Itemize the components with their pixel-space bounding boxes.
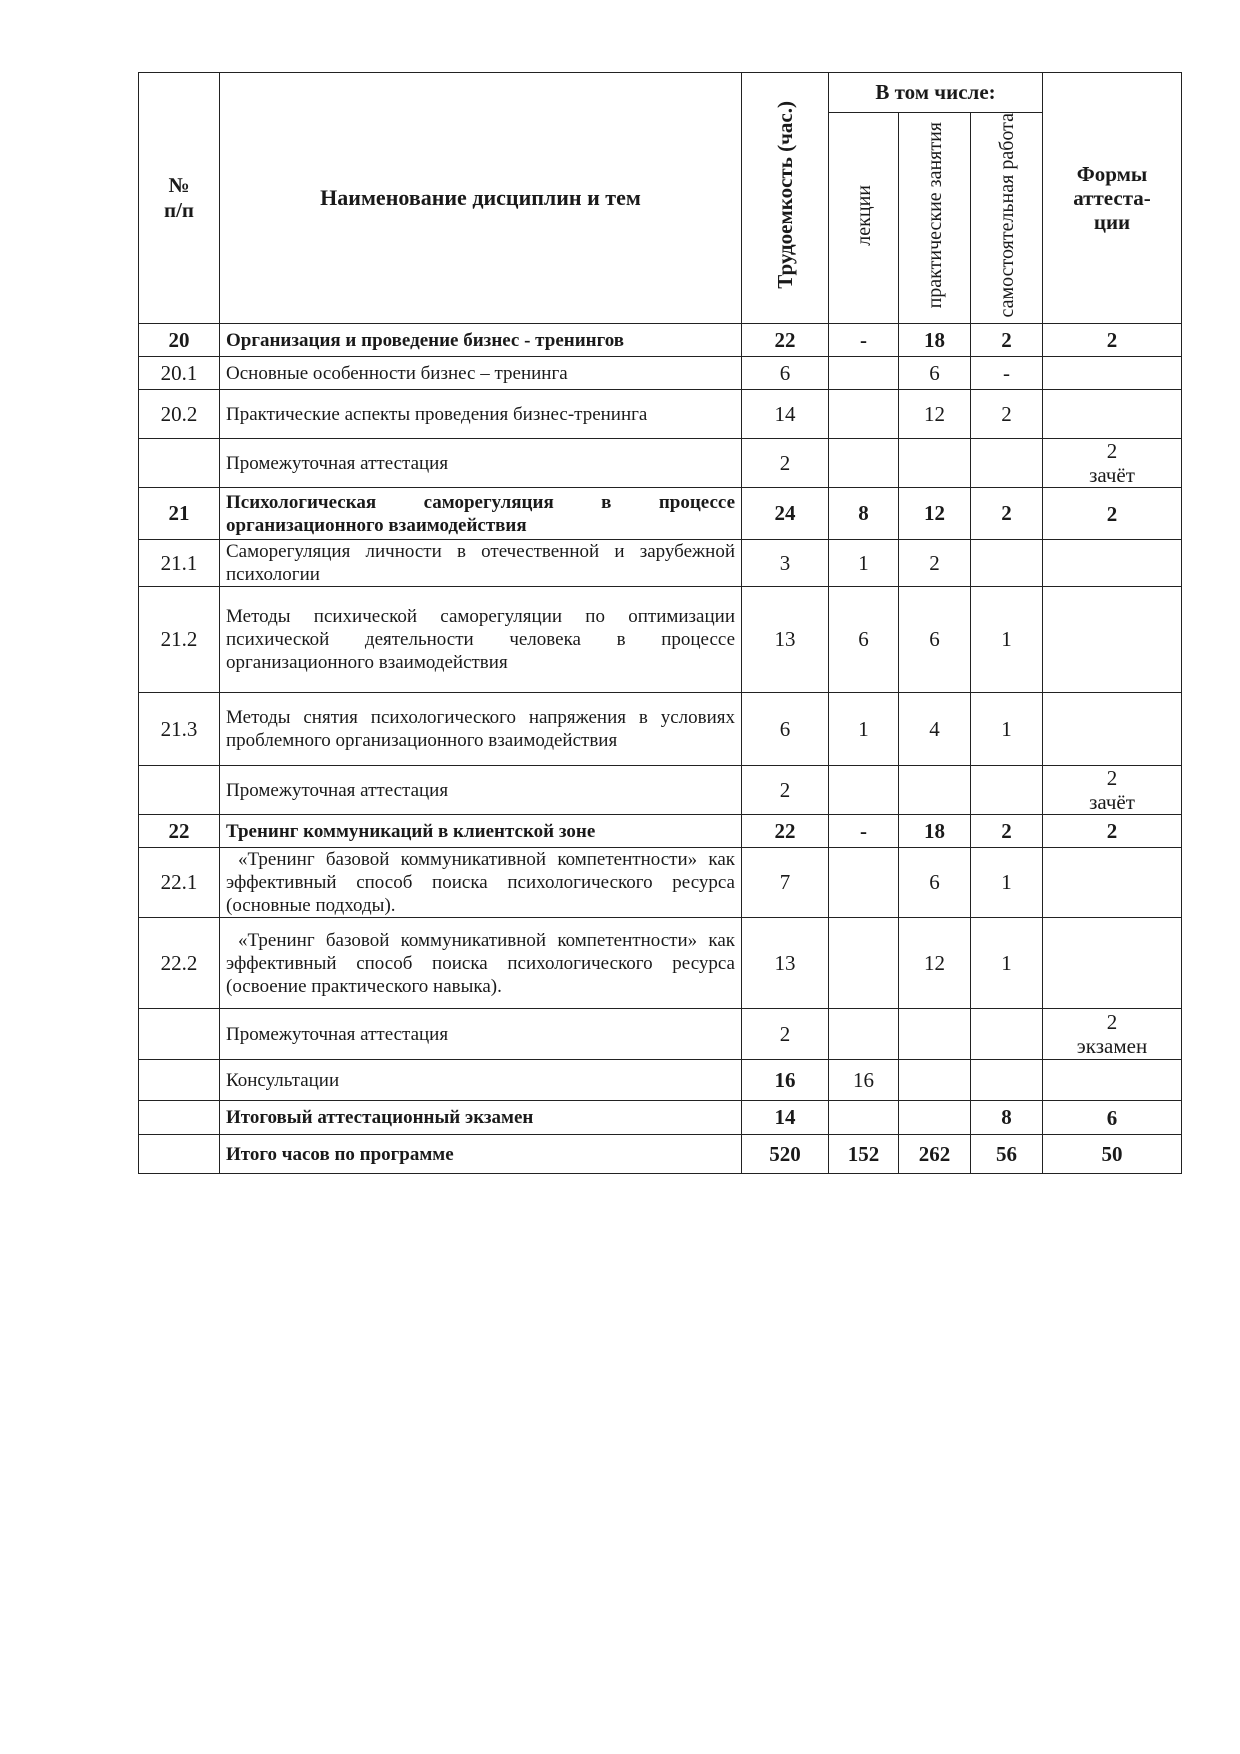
practical-cell [899, 766, 971, 815]
selfwork-cell: 56 [971, 1135, 1043, 1174]
selfwork-cell: 2 [971, 324, 1043, 357]
header-including: В том числе: [829, 73, 1043, 113]
lectures-cell [829, 390, 899, 439]
row-title: Методы снятия психологического напряжени… [220, 693, 742, 766]
practical-cell: 12 [899, 390, 971, 439]
hours-cell: 24 [742, 488, 829, 540]
table-row: Консультации1616 [139, 1060, 1182, 1101]
table-row: 20Организация и проведение бизнес - трен… [139, 324, 1182, 357]
row-title: Организация и проведение бизнес - тренин… [220, 324, 742, 357]
practical-cell: 18 [899, 815, 971, 848]
hours-cell: 3 [742, 540, 829, 587]
row-number [139, 1101, 220, 1135]
table-row: 21.3Методы снятия психологического напря… [139, 693, 1182, 766]
row-number: 21.2 [139, 587, 220, 693]
practical-cell [899, 1060, 971, 1101]
header-forms: Формыаттеста-ции [1043, 73, 1182, 324]
row-title: Практические аспекты проведения бизнес-т… [220, 390, 742, 439]
hours-cell: 2 [742, 766, 829, 815]
selfwork-cell: 1 [971, 693, 1043, 766]
header-hours: Трудоемкость (час.) [742, 73, 829, 324]
selfwork-cell: - [971, 357, 1043, 390]
lectures-cell [829, 848, 899, 918]
lectures-cell [829, 357, 899, 390]
table-row: 22.2«Тренинг базовой коммуникативной ком… [139, 918, 1182, 1009]
row-title: «Тренинг базовой коммуникативной компете… [220, 918, 742, 1009]
practical-cell [899, 1009, 971, 1060]
table-row: Промежуточная аттестация22зачёт [139, 439, 1182, 488]
selfwork-cell: 8 [971, 1101, 1043, 1135]
selfwork-cell [971, 1060, 1043, 1101]
lectures-cell [829, 439, 899, 488]
practical-cell: 18 [899, 324, 971, 357]
row-number: 22.2 [139, 918, 220, 1009]
header-num: №п/п [139, 73, 220, 324]
header-practical: практические занятия [899, 113, 971, 324]
hours-cell: 22 [742, 324, 829, 357]
row-number [139, 1060, 220, 1101]
lectures-cell: - [829, 815, 899, 848]
practical-cell [899, 1101, 971, 1135]
attestation-form-cell: 2экзамен [1043, 1009, 1182, 1060]
row-title: Психологическая саморегуляция в процессе… [220, 488, 742, 540]
row-number: 20.1 [139, 357, 220, 390]
table-row: 21.2Методы психической саморегуляции по … [139, 587, 1182, 693]
row-title: Промежуточная аттестация [220, 439, 742, 488]
hours-cell: 2 [742, 439, 829, 488]
attestation-form-cell: 2зачёт [1043, 766, 1182, 815]
selfwork-cell: 2 [971, 488, 1043, 540]
row-title: Итого часов по программе [220, 1135, 742, 1174]
selfwork-cell: 1 [971, 587, 1043, 693]
attestation-form-cell [1043, 540, 1182, 587]
selfwork-cell [971, 1009, 1043, 1060]
attestation-form-cell [1043, 918, 1182, 1009]
lectures-cell [829, 1101, 899, 1135]
practical-cell: 2 [899, 540, 971, 587]
selfwork-cell: 2 [971, 815, 1043, 848]
practical-cell: 4 [899, 693, 971, 766]
practical-cell: 6 [899, 848, 971, 918]
selfwork-cell [971, 439, 1043, 488]
row-title: Консультации [220, 1060, 742, 1101]
selfwork-cell: 1 [971, 848, 1043, 918]
header-selfwork: самостоятельная работа [971, 113, 1043, 324]
attestation-form-cell [1043, 848, 1182, 918]
row-title: Саморегуляция личности в отечественной и… [220, 540, 742, 587]
row-title: Итоговый аттестационный экзамен [220, 1101, 742, 1135]
table-row: Итоговый аттестационный экзамен1486 [139, 1101, 1182, 1135]
attestation-form-cell [1043, 587, 1182, 693]
table-row: 21Психологическая саморегуляция в процес… [139, 488, 1182, 540]
attestation-form-cell: 2 [1043, 488, 1182, 540]
lectures-cell: 6 [829, 587, 899, 693]
lectures-cell [829, 766, 899, 815]
row-title: «Тренинг базовой коммуникативной компете… [220, 848, 742, 918]
lectures-cell: 1 [829, 540, 899, 587]
attestation-form-cell [1043, 693, 1182, 766]
row-number [139, 1135, 220, 1174]
practical-cell: 6 [899, 587, 971, 693]
attestation-form-cell [1043, 1060, 1182, 1101]
header-name: Наименование дисциплин и тем [220, 73, 742, 324]
hours-cell: 6 [742, 357, 829, 390]
row-number [139, 439, 220, 488]
practical-cell: 12 [899, 488, 971, 540]
table-row: Промежуточная аттестация22зачёт [139, 766, 1182, 815]
lectures-cell [829, 1009, 899, 1060]
hours-cell: 14 [742, 1101, 829, 1135]
curriculum-table: №п/п Наименование дисциплин и тем Трудое… [138, 72, 1182, 1174]
selfwork-cell [971, 540, 1043, 587]
row-number [139, 1009, 220, 1060]
row-title: Тренинг коммуникаций в клиентской зоне [220, 815, 742, 848]
hours-cell: 13 [742, 587, 829, 693]
row-number [139, 766, 220, 815]
lectures-cell: 152 [829, 1135, 899, 1174]
practical-cell: 12 [899, 918, 971, 1009]
lectures-cell: 1 [829, 693, 899, 766]
attestation-form-cell [1043, 357, 1182, 390]
table-row: Промежуточная аттестация22экзамен [139, 1009, 1182, 1060]
hours-cell: 14 [742, 390, 829, 439]
row-title: Методы психической саморегуляции по опти… [220, 587, 742, 693]
row-title: Основные особенности бизнес – тренинга [220, 357, 742, 390]
hours-cell: 2 [742, 1009, 829, 1060]
selfwork-cell: 2 [971, 390, 1043, 439]
lectures-cell [829, 918, 899, 1009]
attestation-form-cell: 50 [1043, 1135, 1182, 1174]
row-number: 20 [139, 324, 220, 357]
attestation-form-cell: 6 [1043, 1101, 1182, 1135]
hours-cell: 7 [742, 848, 829, 918]
table-row: 22.1«Тренинг базовой коммуникативной ком… [139, 848, 1182, 918]
row-number: 22 [139, 815, 220, 848]
row-title: Промежуточная аттестация [220, 766, 742, 815]
hours-cell: 13 [742, 918, 829, 1009]
table-row: 20.2Практические аспекты проведения бизн… [139, 390, 1182, 439]
hours-cell: 22 [742, 815, 829, 848]
attestation-form-cell: 2зачёт [1043, 439, 1182, 488]
row-number: 20.2 [139, 390, 220, 439]
row-title: Промежуточная аттестация [220, 1009, 742, 1060]
attestation-form-cell: 2 [1043, 324, 1182, 357]
practical-cell [899, 439, 971, 488]
lectures-cell: - [829, 324, 899, 357]
lectures-cell: 8 [829, 488, 899, 540]
table-row: 20.1Основные особенности бизнес – тренин… [139, 357, 1182, 390]
header-lectures: лекции [829, 113, 899, 324]
hours-cell: 6 [742, 693, 829, 766]
hours-cell: 16 [742, 1060, 829, 1101]
attestation-form-cell [1043, 390, 1182, 439]
attestation-form-cell: 2 [1043, 815, 1182, 848]
table-row: 21.1Саморегуляция личности в отечественн… [139, 540, 1182, 587]
table-body: 20Организация и проведение бизнес - трен… [139, 324, 1182, 1174]
selfwork-cell [971, 766, 1043, 815]
row-number: 21.3 [139, 693, 220, 766]
row-number: 21.1 [139, 540, 220, 587]
row-number: 21 [139, 488, 220, 540]
table-row: Итого часов по программе5201522625650 [139, 1135, 1182, 1174]
practical-cell: 262 [899, 1135, 971, 1174]
lectures-cell: 16 [829, 1060, 899, 1101]
table-row: 22Тренинг коммуникаций в клиентской зоне… [139, 815, 1182, 848]
selfwork-cell: 1 [971, 918, 1043, 1009]
hours-cell: 520 [742, 1135, 829, 1174]
practical-cell: 6 [899, 357, 971, 390]
row-number: 22.1 [139, 848, 220, 918]
